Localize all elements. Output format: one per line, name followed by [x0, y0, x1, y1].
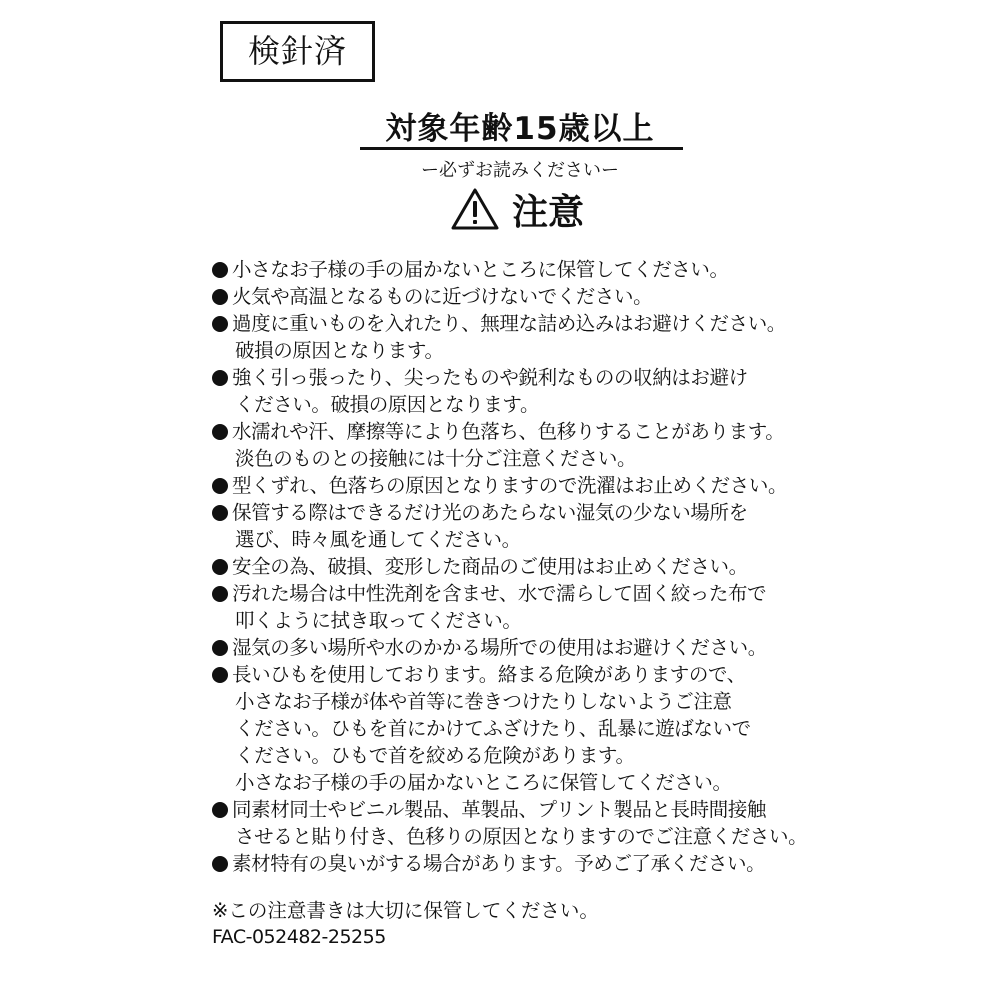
- warning-triangle-icon: [450, 187, 500, 231]
- caution-label: 注意: [512, 184, 584, 235]
- caution-item-line: 選び、時々風を通してください。: [232, 526, 832, 553]
- caution-item-line: 小さなお子様の手の届かないところに保管してください。: [232, 256, 832, 283]
- bullet-icon: [212, 856, 228, 872]
- caution-item-line: 安全の為、破損、変形した商品のご使用はお止めください。: [232, 553, 832, 580]
- caution-item-line: 保管する際はできるだけ光のあたらない湿気の少ない場所を: [232, 499, 832, 526]
- caution-item: 保管する際はできるだけ光のあたらない湿気の少ない場所を選び、時々風を通してくださ…: [212, 499, 832, 553]
- caution-heading: 注意: [450, 184, 584, 234]
- must-read-subtitle: ー必ずお読みくださいー: [360, 156, 680, 182]
- caution-item-line: させると貼り付き、色移りの原因となりますのでご注意ください。: [232, 823, 832, 850]
- caution-item-line: 叩くように拭き取ってください。: [232, 607, 832, 634]
- caution-item: 長いひもを使用しております。絡まる危険がありますので、小さなお子様が体や首等に巻…: [212, 661, 832, 796]
- caution-item-line: 同素材同士やビニル製品、革製品、プリント製品と長時間接触: [232, 796, 832, 823]
- bullet-icon: [212, 559, 228, 575]
- caution-item: 過度に重いものを入れたり、無理な詰め込みはお避けください。破損の原因となります。: [212, 310, 832, 364]
- caution-item: 安全の為、破損、変形した商品のご使用はお止めください。: [212, 553, 832, 580]
- caution-item: 汚れた場合は中性洗剤を含ませ、水で濡らして固く絞った布で叩くように拭き取ってくだ…: [212, 580, 832, 634]
- inspection-stamp: 検針済: [220, 21, 375, 82]
- caution-item-line: 型くずれ、色落ちの原因となりますので洗濯はお止めください。: [232, 472, 832, 499]
- caution-item-line: 長いひもを使用しております。絡まる危険がありますので、: [232, 661, 832, 688]
- caution-item-line: ください。ひもで首を絞める危険があります。: [232, 742, 832, 769]
- bullet-icon: [212, 478, 228, 494]
- bullet-icon: [212, 289, 228, 305]
- caution-item: 小さなお子様の手の届かないところに保管してください。: [212, 256, 832, 283]
- bullet-icon: [212, 262, 228, 278]
- title-underline: [360, 147, 683, 150]
- caution-item-line: 強く引っ張ったり、尖ったものや鋭利なものの収納はお避け: [232, 364, 832, 391]
- bullet-icon: [212, 370, 228, 386]
- caution-item: 水濡れや汗、摩擦等により色落ち、色移りすることがあります。淡色のものとの接触には…: [212, 418, 832, 472]
- caution-item: 型くずれ、色落ちの原因となりますので洗濯はお止めください。: [212, 472, 832, 499]
- caution-item-line: 小さなお子様が体や首等に巻きつけたりしないようご注意: [232, 688, 832, 715]
- caution-item-line: ください。ひもを首にかけてふざけたり、乱暴に遊ばないで: [232, 715, 832, 742]
- caution-item-line: 破損の原因となります。: [232, 337, 832, 364]
- caution-item-line: 淡色のものとの接触には十分ご注意ください。: [232, 445, 832, 472]
- bullet-icon: [212, 802, 228, 818]
- caution-item-line: 素材特有の臭いがする場合があります。予めご了承ください。: [232, 850, 832, 877]
- caution-item: 火気や高温となるものに近づけないでください。: [212, 283, 832, 310]
- bullet-icon: [212, 586, 228, 602]
- bullet-icon: [212, 667, 228, 683]
- bullet-icon: [212, 316, 228, 332]
- caution-item-line: 火気や高温となるものに近づけないでください。: [232, 283, 832, 310]
- caution-item: 強く引っ張ったり、尖ったものや鋭利なものの収納はお避けください。破損の原因となり…: [212, 364, 832, 418]
- age-notice-title: 対象年齢15歳以上: [360, 103, 680, 148]
- caution-item-line: 過度に重いものを入れたり、無理な詰め込みはお避けください。: [232, 310, 832, 337]
- caution-item-line: 小さなお子様の手の届かないところに保管してください。: [232, 769, 832, 796]
- caution-item-line: ください。破損の原因となります。: [232, 391, 832, 418]
- bullet-icon: [212, 505, 228, 521]
- caution-item: 湿気の多い場所や水のかかる場所での使用はお避けください。: [212, 634, 832, 661]
- caution-item-line: 汚れた場合は中性洗剤を含ませ、水で濡らして固く絞った布で: [232, 580, 832, 607]
- bullet-icon: [212, 640, 228, 656]
- caution-item-line: 水濡れや汗、摩擦等により色落ち、色移りすることがあります。: [232, 418, 832, 445]
- bullet-icon: [212, 424, 228, 440]
- caution-item: 素材特有の臭いがする場合があります。予めご了承ください。: [212, 850, 832, 877]
- footer-note: ※この注意書きは大切に保管してください。: [212, 898, 599, 924]
- caution-list: 小さなお子様の手の届かないところに保管してください。火気や高温となるものに近づけ…: [212, 256, 832, 877]
- product-code: FAC-052482-25255: [212, 924, 386, 950]
- caution-item: 同素材同士やビニル製品、革製品、プリント製品と長時間接触させると貼り付き、色移り…: [212, 796, 832, 850]
- caution-item-line: 湿気の多い場所や水のかかる場所での使用はお避けください。: [232, 634, 832, 661]
